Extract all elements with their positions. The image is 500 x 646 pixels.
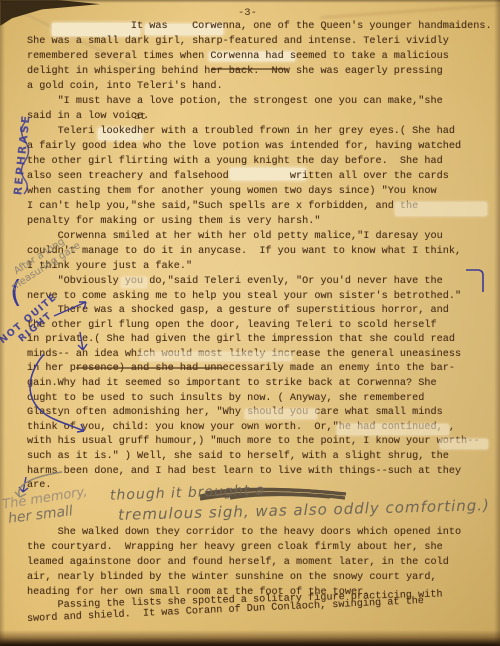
page-number: -3-	[238, 6, 257, 20]
whiteout-patch	[121, 277, 147, 288]
handwritten-bracket	[466, 270, 483, 292]
whiteout-patch	[395, 202, 487, 216]
whiteout-patch	[337, 424, 449, 435]
paper-crease	[320, 3, 500, 18]
typed-paragraph: There was a shocked gasp, a gesture of s…	[27, 304, 479, 494]
typed-insertion-at: at	[134, 112, 146, 123]
typed-paragraph: "Obviously you do,"said Teleri evenly, "…	[27, 274, 461, 304]
whiteout-patch	[440, 439, 488, 449]
page-edge	[0, 630, 500, 646]
page-edge	[0, 0, 500, 3]
whiteout-patch	[140, 352, 292, 361]
page-edge	[0, 0, 5, 646]
typed-paragraph: It was Corwenna, one of the Queen's youn…	[27, 19, 492, 94]
typed-paragraph: "I must have a love potion, the stronges…	[27, 94, 443, 124]
manuscript-page: -3- It was Corwenna, one of the Queen's …	[0, 0, 500, 646]
page-edge	[494, 0, 500, 646]
whiteout-patch	[245, 409, 317, 419]
